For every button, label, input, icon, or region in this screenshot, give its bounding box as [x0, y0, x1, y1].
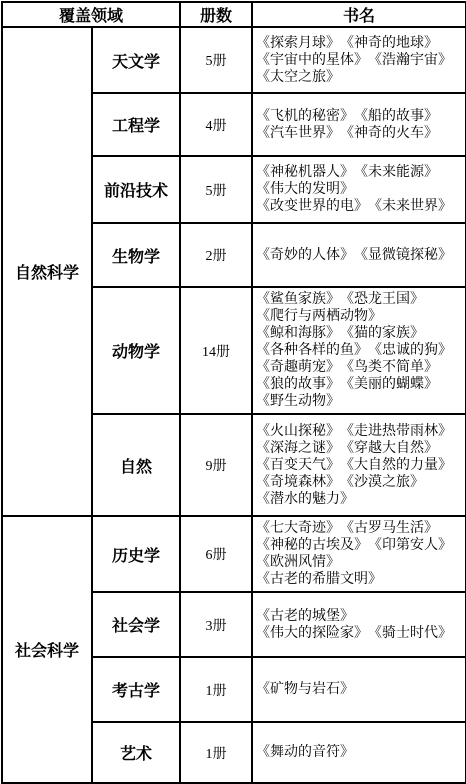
group-cell-social-science: 社会科学	[2, 516, 92, 783]
books-cell: 《探索月球》《神奇的地球》《宇宙中的星体》《浩瀚宇宙》《太空之旅》	[252, 27, 466, 93]
count-cell: 6册	[180, 516, 252, 592]
book-title: 《百变天气》	[256, 457, 340, 474]
book-title: 《欧洲风情》	[256, 554, 340, 571]
count-cell: 1册	[180, 722, 252, 783]
book-title: 《古老的希腊文明》	[256, 571, 382, 588]
books-cell: 《火山探秘》《走进热带雨林》《深海之谜》《穿越大自然》《百变天气》《大自然的力量…	[252, 414, 466, 516]
book-title: 《太空之旅》	[256, 69, 340, 86]
count-cell: 14册	[180, 287, 252, 414]
book-title: 《大自然的力量》	[340, 457, 452, 474]
book-title: 《改变世界的电》	[256, 198, 368, 215]
book-title: 《走进热带雨林》	[340, 423, 452, 440]
book-title: 《宇宙中的星体》	[256, 52, 368, 69]
table-row-astronomy: 自然科学 天文学 5册 《探索月球》《神奇的地球》《宇宙中的星体》《浩瀚宇宙》《…	[2, 27, 466, 93]
count-cell: 1册	[180, 657, 252, 722]
count-cell: 2册	[180, 223, 252, 287]
books-cell: 《神秘机器人》《未来能源》《伟大的发明》《改变世界的电》《未来世界》	[252, 156, 466, 223]
subject-cell: 工程学	[92, 93, 180, 156]
books-cell: 《鲨鱼家族》《恐龙王国》《爬行与两栖动物》《鲸和海豚》《猫的家族》《各种各样的鱼…	[252, 287, 466, 414]
book-title: 《古老的城堡》	[256, 608, 354, 625]
count-cell: 9册	[180, 414, 252, 516]
book-title: 《神奇的火车》	[340, 125, 438, 142]
count-cell: 3册	[180, 592, 252, 657]
book-title: 《鲨鱼家族》	[256, 291, 340, 308]
book-title: 《显微镜探秘》	[354, 247, 452, 264]
book-title: 《火山探秘》	[256, 423, 340, 440]
book-title: 《神秘的古埃及》	[256, 537, 368, 554]
book-title: 《爬行与两栖动物》	[256, 308, 382, 325]
book-title: 《浩瀚宇宙》	[368, 52, 452, 69]
book-title: 《野生动物》	[256, 393, 340, 410]
book-title: 《船的故事》	[354, 108, 438, 125]
header-coverage-area: 覆盖领域	[2, 2, 180, 27]
subject-cell: 考古学	[92, 657, 180, 722]
books-cell: 《舞动的音符》	[252, 722, 466, 783]
book-title: 《奇趣萌宠》	[256, 359, 340, 376]
subject-cell: 社会学	[92, 592, 180, 657]
book-coverage-table: 覆盖领域 册数 书名 自然科学 天文学 5册 《探索月球》《神奇的地球》《宇宙中…	[1, 1, 466, 784]
book-title: 《狼的故事》	[256, 376, 340, 393]
subject-cell: 天文学	[92, 27, 180, 93]
book-title: 《汽车世界》	[256, 125, 340, 142]
books-cell: 《奇妙的人体》《显微镜探秘》	[252, 223, 466, 287]
book-title: 《骑士时代》	[368, 625, 452, 642]
book-title: 《忠诚的狗》	[368, 342, 452, 359]
group-cell-natural-science: 自然科学	[2, 27, 92, 516]
subject-cell: 动物学	[92, 287, 180, 414]
books-cell: 《古老的城堡》《伟大的探险家》《骑士时代》	[252, 592, 466, 657]
book-title: 《伟大的探险家》	[256, 625, 368, 642]
book-title: 《猫的家族》	[340, 325, 424, 342]
book-title: 《未来世界》	[368, 198, 452, 215]
book-title: 《沙漠之旅》	[340, 474, 424, 491]
book-title: 《奇境森林》	[256, 474, 340, 491]
book-title: 《美丽的蝴蝶》	[340, 376, 438, 393]
book-title: 《神奇的地球》	[340, 35, 438, 52]
book-title: 《未来能源》	[354, 164, 438, 181]
book-title: 《伟大的发明》	[256, 181, 354, 198]
book-title: 《深海之谜》	[256, 440, 340, 457]
book-title: 《古罗马生活》	[340, 520, 438, 537]
subject-cell: 生物学	[92, 223, 180, 287]
book-title: 《飞机的秘密》	[256, 108, 354, 125]
book-title: 《奇妙的人体》	[256, 247, 354, 264]
subject-cell: 历史学	[92, 516, 180, 592]
books-cell: 《飞机的秘密》《船的故事》《汽车世界》《神奇的火车》	[252, 93, 466, 156]
book-title: 《舞动的音符》	[256, 744, 354, 761]
book-title: 《印第安人》	[368, 537, 452, 554]
header-row: 覆盖领域 册数 书名	[2, 2, 466, 27]
subject-cell: 前沿技术	[92, 156, 180, 223]
book-title: 《鸟类不简单》	[340, 359, 438, 376]
header-volume-count: 册数	[180, 2, 252, 27]
book-title: 《穿越大自然》	[340, 440, 438, 457]
book-title: 《神秘机器人》	[256, 164, 354, 181]
subject-cell: 艺术	[92, 722, 180, 783]
book-title: 《各种各样的鱼》	[256, 342, 368, 359]
count-cell: 5册	[180, 156, 252, 223]
book-title: 《矿物与岩石》	[256, 681, 354, 698]
book-title: 《探索月球》	[256, 35, 340, 52]
subject-cell: 自然	[92, 414, 180, 516]
book-title: 《鲸和海豚》	[256, 325, 340, 342]
count-cell: 4册	[180, 93, 252, 156]
book-title: 《七大奇迹》	[256, 520, 340, 537]
table-row-history: 社会科学 历史学 6册 《七大奇迹》《古罗马生活》《神秘的古埃及》《印第安人》《…	[2, 516, 466, 592]
book-title: 《恐龙王国》	[340, 291, 424, 308]
books-cell: 《七大奇迹》《古罗马生活》《神秘的古埃及》《印第安人》《欧洲风情》《古老的希腊文…	[252, 516, 466, 592]
books-cell: 《矿物与岩石》	[252, 657, 466, 722]
book-title: 《潜水的魅力》	[256, 491, 354, 508]
count-cell: 5册	[180, 27, 252, 93]
header-book-titles: 书名	[252, 2, 466, 27]
